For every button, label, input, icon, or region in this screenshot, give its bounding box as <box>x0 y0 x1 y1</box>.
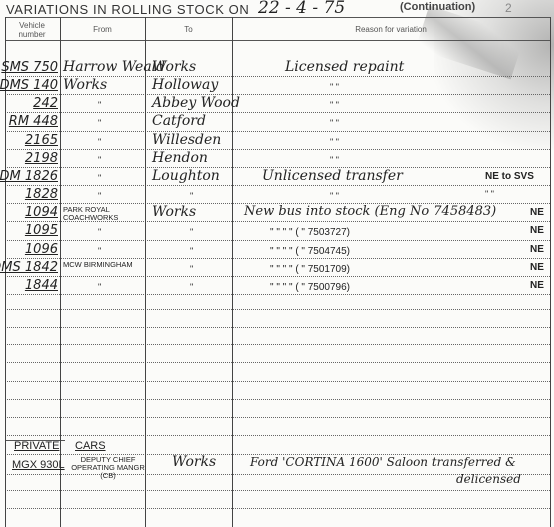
to-location: Works <box>152 59 196 75</box>
vehicle-number: 1096 <box>25 242 58 257</box>
variation-reason: " " " " ( " 7504745) <box>270 246 350 257</box>
variation-reason: Unlicensed transfer <box>262 168 403 184</box>
to-location: " <box>190 264 193 274</box>
from-location: " <box>98 227 101 237</box>
from-location: " <box>98 155 101 165</box>
column-header-to: To <box>145 25 232 34</box>
to-location: Hendon <box>152 150 208 166</box>
cars-label: CARS <box>75 440 106 452</box>
row-rule <box>5 131 550 132</box>
vehicle-number: 1094 <box>25 205 58 220</box>
depot-code: NE <box>530 207 544 218</box>
vehicle-number: DMS 1842 <box>0 260 58 275</box>
private-vehicle-number: MGX 930L <box>12 459 65 471</box>
to-location: Willesden <box>152 132 221 148</box>
row-rule <box>5 490 550 491</box>
continuation-label: (Continuation) <box>400 1 475 13</box>
form-title: VARIATIONS IN ROLLING STOCK ON <box>6 2 249 17</box>
variation-reason: " " <box>330 82 339 92</box>
variation-reason: " " <box>330 137 339 147</box>
vehicle-number: 1828 <box>25 187 58 202</box>
to-location: Holloway <box>152 77 218 93</box>
depot-code: NE to SVS <box>485 171 534 182</box>
row-rule <box>5 362 550 363</box>
variation-reason: " " " " ( " 7500796) <box>270 282 350 293</box>
column-rule-to <box>145 17 146 527</box>
column-rule-from <box>60 17 61 527</box>
vehicle-number: 1095 <box>25 223 58 238</box>
private-reason-line1: Ford 'CORTINA 1600' Saloon transferred & <box>250 455 516 469</box>
to-location: Loughton <box>152 168 220 184</box>
private-reason-line2: delicensed <box>456 472 521 486</box>
to-location: " <box>190 282 193 292</box>
vehicle-number: 1844 <box>25 278 58 293</box>
depot-code: NE <box>530 280 544 291</box>
from-location: Works <box>63 77 107 93</box>
column-header-from: From <box>60 25 145 34</box>
vehicle-number: 242 <box>33 96 58 111</box>
from-location: Harrow Weald <box>63 59 165 75</box>
from-location: MCW BIRMINGHAM <box>63 261 143 269</box>
row-rule <box>5 399 550 400</box>
header-rule-top <box>5 17 550 18</box>
header-rule-bottom <box>5 40 550 41</box>
column-rule-right-edge <box>550 17 551 527</box>
page-shadow <box>434 0 554 150</box>
column-header-reason: Reason for variation <box>232 25 550 34</box>
variation-reason: " " <box>330 118 339 128</box>
vehicle-number: 2198 <box>25 151 58 166</box>
variation-reason: " " " " ( " 7501709) <box>270 264 350 275</box>
from-location: " <box>98 282 101 292</box>
to-location: Abbey Wood <box>152 95 240 111</box>
from-location: " <box>98 118 101 128</box>
variation-reason: New bus into stock (Eng No 7458483) <box>244 204 496 219</box>
vehicle-number: DMS 140 <box>0 78 58 93</box>
row-rule <box>5 327 550 328</box>
variation-reason: " " <box>330 100 339 110</box>
row-rule <box>5 149 550 150</box>
row-rule <box>5 344 550 345</box>
vehicle-number: RM 448 <box>9 114 58 129</box>
column-rule-reason <box>232 17 233 527</box>
to-location: " <box>190 246 193 256</box>
private-label: PRIVATE <box>14 440 59 452</box>
column-header-vehicle: Vehicle number <box>6 21 58 39</box>
row-rule <box>5 94 550 95</box>
row-rule <box>5 381 550 382</box>
row-rule <box>5 185 550 186</box>
to-location: Works <box>152 204 196 220</box>
variation-reason: " " " " ( " 7503727) <box>270 227 350 238</box>
vehicle-number: 2165 <box>25 133 58 148</box>
row-rule <box>5 276 550 277</box>
row-rule <box>5 112 550 113</box>
variation-reason: Licensed repaint <box>285 59 404 75</box>
from-location: " <box>98 246 101 256</box>
from-location: " <box>98 191 101 201</box>
row-rule <box>5 294 550 295</box>
depot-code: " " <box>485 189 494 199</box>
row-rule <box>5 435 550 436</box>
private-to: Works <box>172 454 216 470</box>
row-rule <box>5 309 550 310</box>
from-location: " <box>98 137 101 147</box>
form-date: 22 - 4 - 75 <box>258 0 345 18</box>
depot-code: NE <box>530 262 544 273</box>
row-rule <box>5 508 550 509</box>
vehicle-number: DM 1826 <box>0 169 58 184</box>
to-location: " <box>190 191 193 201</box>
variation-reason: " " <box>330 155 339 165</box>
row-rule <box>5 240 550 241</box>
from-location: " <box>98 173 101 183</box>
depot-code: NE <box>530 225 544 236</box>
depot-code: NE <box>530 244 544 255</box>
from-location: PARK ROYAL COACHWORKS <box>63 206 143 222</box>
private-from: DEPUTY CHIEF OPERATING MANGR (CB) <box>68 456 148 480</box>
vehicle-number: SMS 750 <box>1 60 58 75</box>
row-rule <box>5 417 550 418</box>
variation-reason: " " <box>330 191 339 201</box>
to-location: " <box>190 227 193 237</box>
to-location: Catford <box>152 113 206 129</box>
from-location: " <box>98 100 101 110</box>
row-rule <box>5 258 550 259</box>
page-number: 2 <box>505 1 512 15</box>
